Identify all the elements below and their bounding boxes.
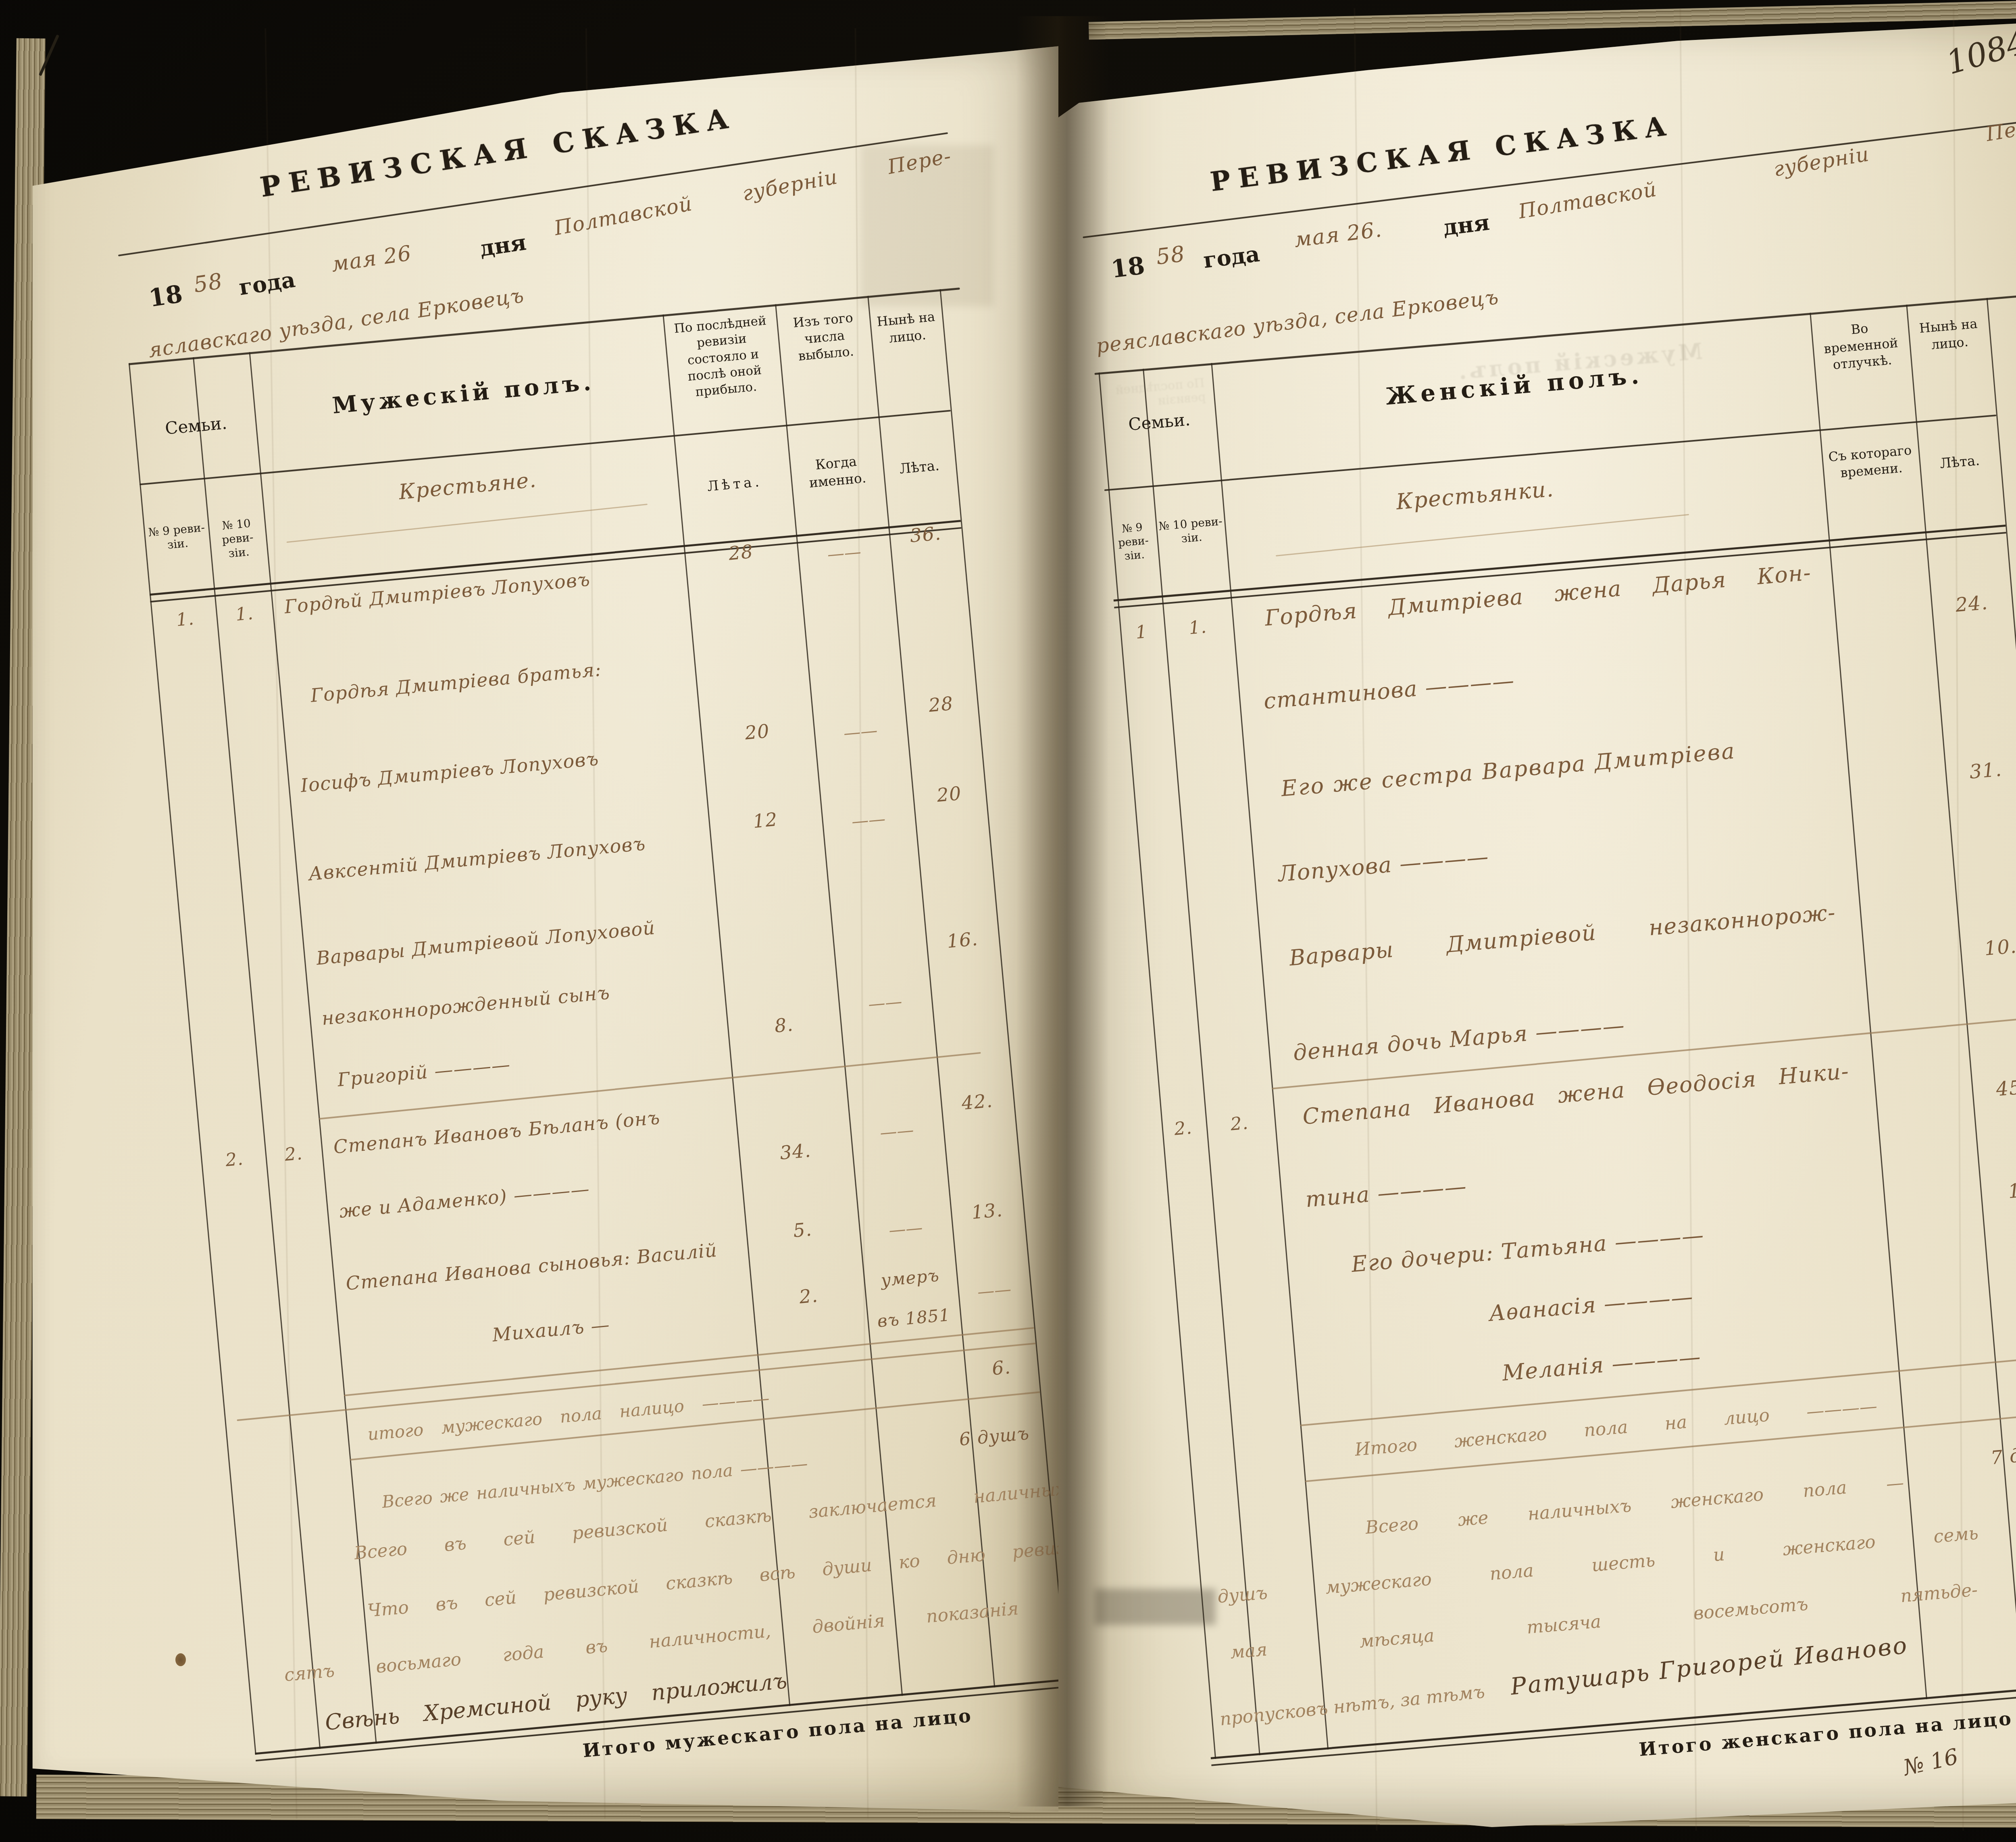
male-row6-last-age: 34. <box>742 1136 849 1167</box>
female-row4-rev9: 2. <box>1161 1117 1205 1141</box>
col-lastrev-sub: Лѣта. <box>680 471 789 497</box>
scanned-book-spread: РЕВИЗСКАЯ СКАЗКА 18 58 года мая 26 дня П… <box>0 0 2016 1842</box>
male-row4-out-dash: —— <box>825 806 912 834</box>
left-page-content: РЕВИЗСКАЯ СКАЗКА 18 58 года мая 26 дня П… <box>1 73 1116 1827</box>
female-itogo-label: Итого женскаго пола на лицо ———— <box>1354 1396 1878 1460</box>
female-row1-rev10: 1. <box>1166 615 1230 640</box>
column-divider <box>249 352 377 1744</box>
female-row5-name: Его дочери: Татьяна ———— <box>1350 1222 1705 1277</box>
female-row1-line2: стантинова ———— <box>1262 667 1515 714</box>
male-row1-out-dash: —— <box>801 539 887 567</box>
hw-group-label: Крестьяне. <box>314 460 621 512</box>
printed-goda: года <box>1202 241 1261 273</box>
male-row8-death-note1: умеръ <box>867 1264 954 1292</box>
gutter-shadow <box>1016 16 1109 1807</box>
male-row3-now-age: 28 <box>906 690 976 718</box>
female-row1-rev9: 1 <box>1120 620 1164 644</box>
male-row6-line2: же и Адаменко) ———— <box>338 1178 591 1222</box>
printed-goda: года <box>237 267 297 300</box>
column-divider <box>662 315 790 1706</box>
col-rev10-header: № 10 реви- зіи. <box>1158 514 1224 548</box>
col-now-sub: Лѣта. <box>1920 451 1999 473</box>
hw-year: 58 <box>192 268 224 298</box>
male-vsego-label: Всего же наличныхъ мужескаго пола ———— <box>381 1453 808 1512</box>
col-away-header: Во временной отлучкѣ. <box>1813 317 1909 375</box>
female-row6-age: 4 <box>1991 1236 2016 1265</box>
col-rev9-header: № 9 реви- зіи. <box>1110 520 1157 564</box>
printed-dnya: дня <box>478 229 528 261</box>
col-out-sub: Когда именно. <box>791 451 882 493</box>
column-divider <box>1906 305 2016 1691</box>
hw-underline <box>1276 514 1689 556</box>
hw-date: мая 26 <box>330 241 413 277</box>
male-row8-death-note2: въ 1851 <box>871 1304 957 1331</box>
female-itogo-value: 7. <box>1997 1363 2016 1392</box>
col-family-header: Семьи. <box>136 410 256 441</box>
column-bleedthrough: По послѣдней ревизіи <box>1108 376 1206 412</box>
hw-group-label: Крестьянки. <box>1283 467 1667 524</box>
frame-left-line <box>129 363 256 1754</box>
printed-18: 18 <box>1110 252 1146 284</box>
male-row5-now-age: 16. <box>927 926 998 954</box>
female-row4-line2: тина ———— <box>1304 1173 1468 1212</box>
printed-18: 18 <box>147 280 185 313</box>
female-vsego-label: Всего же наличныхъ женскаго пола — <box>1364 1473 1905 1538</box>
hw-location: реяславскаго уѣзда, села Ерковецъ <box>1095 285 1500 358</box>
left-page: РЕВИЗСКАЯ СКАЗКА 18 58 года мая 26 дня П… <box>22 28 1058 1819</box>
male-row6-now-age: 42. <box>942 1088 1012 1116</box>
col-now-header: Нынѣ на лицо. <box>1909 314 1989 355</box>
col-rev10-header: № 10 реви- зіи. <box>209 515 266 562</box>
female-row4-line1: Степана Иванова жена Ѳеодосія Ники- <box>1302 1058 1850 1129</box>
male-row1-rev10: 1. <box>217 601 271 627</box>
female-row2-age: 31. <box>1947 756 2016 785</box>
female-row7-name: Меланія ———— <box>1501 1344 1702 1386</box>
male-row8-last-age: 2. <box>756 1281 862 1312</box>
male-row4-name: Авксентій Дмитріевъ Лопуховъ <box>308 832 647 885</box>
column-divider <box>867 296 995 1688</box>
male-row6-out-dash: —— <box>854 1117 940 1145</box>
right-page-content: РЕВИЗСКАЯ СКАЗКА 18 58 года мая 26. дня … <box>1068 27 2016 1836</box>
male-row4-now-age: 20 <box>914 780 984 808</box>
attestation-signature: Ратушарь Григорей Иваново <box>1509 1632 1910 1700</box>
col-now-header: Нынѣ на лицо. <box>871 308 943 349</box>
col-now-sub: Лѣта. <box>884 456 955 478</box>
male-row6-rev10: 2. <box>267 1142 321 1167</box>
male-row3-name: Іосифъ Дмитріевъ Лопуховъ <box>300 748 600 796</box>
col-rev9-header: № 9 реви- зіи. <box>146 520 208 554</box>
male-row5-last-age: 8. <box>731 1009 837 1040</box>
male-row7-now-age: 13. <box>952 1197 1022 1225</box>
male-row7-name: Степана Иванова сыновья: Василій <box>345 1239 718 1294</box>
right-footer-label: Итого женскаго пола на лицо <box>1638 1707 2014 1761</box>
male-row5-out-dash: —— <box>842 989 928 1017</box>
col-away-sub: Съ котораго времени. <box>1824 442 1918 483</box>
female-row1-age: 24. <box>1933 590 2011 619</box>
male-row7-last-age: 5. <box>750 1214 856 1245</box>
male-row5-line2: незаконнорожденный сынъ <box>321 981 611 1029</box>
hw-year: 58 <box>1155 241 1187 269</box>
female-row5-age: 16 <box>1982 1176 2016 1205</box>
attestation-line3-pre: пропусковъ нѣтъ, за тѣмъ <box>1219 1682 1486 1730</box>
column-divider <box>193 357 321 1749</box>
female-row4-age: 45. <box>1973 1074 2016 1103</box>
right-page: РЕВИЗСКАЯ СКАЗКА 18 58 года мая 26. дня … <box>1058 8 2016 1831</box>
male-row5-line3: Григорій ———— <box>337 1053 512 1091</box>
male-row1-rev9: 1. <box>155 606 215 632</box>
male-row4-last-age: 12 <box>712 805 818 836</box>
male-row6-rev9: 2. <box>204 1147 264 1173</box>
male-row5-line1: Варвары Дмитріевой Лопуховой <box>315 917 656 969</box>
hw-date: мая 26. <box>1293 217 1383 252</box>
female-row2-line1: Его же сестра Варвара Дмитріева <box>1280 738 1737 801</box>
male-row1-last-age: 28 <box>688 537 794 568</box>
female-row3-line1: Варвары Дмитріевой незаконнорож- <box>1288 900 1837 971</box>
printed-dnya: дня <box>1441 209 1491 241</box>
table-right-line <box>1987 298 2016 1684</box>
male-row3-last-age: 20 <box>704 716 810 747</box>
col-lastrev-header: По послѣдней ревизіи состояло и послѣ он… <box>666 312 781 402</box>
female-row7-age: 1. <box>1998 1296 2016 1325</box>
male-row1-now-age: 36. <box>890 521 960 548</box>
female-row3-age: 10. <box>1962 933 2016 962</box>
col-out-header: Изъ того числа выбыло. <box>779 308 871 366</box>
male-row8-name: Михаилъ — <box>492 1313 611 1346</box>
male-itogo-label: итого мужескаго пола налицо ———— <box>367 1388 770 1444</box>
female-row6-name: Аѳанасія ———— <box>1488 1284 1694 1326</box>
female-row3-line2: денная дочь Марья ———— <box>1292 1013 1626 1066</box>
col-male-header: Мужескій полъ. <box>265 363 661 425</box>
hw-province: Полтавской губерніи Пере- <box>552 144 953 240</box>
female-row2-line2: Лопухова ———— <box>1277 844 1490 887</box>
female-row4-rev10: 2. <box>1208 1111 1272 1137</box>
male-row2-name: Гордѣя Дмитріева братья: <box>310 658 602 706</box>
male-row6-line1: Степанъ Ивановъ Бѣланъ (онъ <box>333 1106 661 1158</box>
male-row7-out-dash: —— <box>863 1215 949 1242</box>
col-family-header: Семьи. <box>1103 407 1216 436</box>
male-row3-out-dash: —— <box>817 718 904 745</box>
totals-rule <box>344 1327 1034 1396</box>
